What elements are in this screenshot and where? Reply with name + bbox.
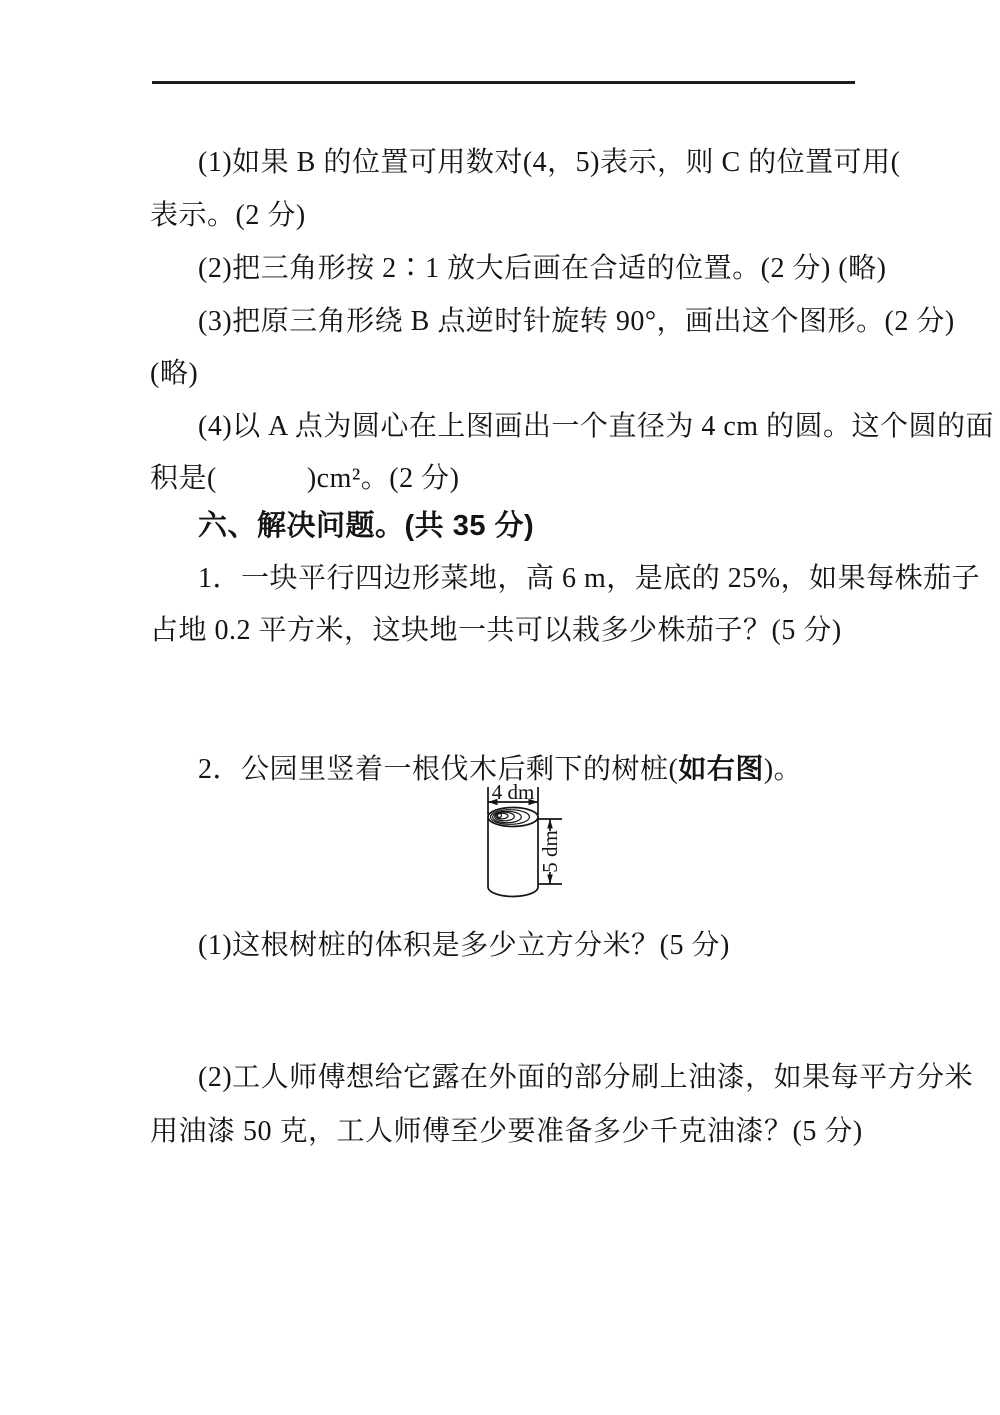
- diameter-label: 4 dm: [492, 780, 535, 804]
- q5-part3-line1: (3)把原三角形绕 B 点逆时针旋转 90°，画出这个图形。(2 分): [198, 305, 955, 339]
- q5-part2-line: (2)把三角形按 2∶1 放大后画在合适的位置。(2 分) (略): [198, 252, 886, 286]
- q5-part3-line2: (略): [150, 357, 198, 391]
- problem2-sub1: (1)这根树桩的体积是多少立方分米？(5 分): [198, 929, 730, 963]
- tree-stump-figure: 4 dm 5 dm: [458, 775, 578, 905]
- problem2-sub2-line2: 用油漆 50 克，工人师傅至少要准备多少千克油漆？(5 分): [150, 1115, 863, 1149]
- q5-part1-line1: (1)如果 B 的位置可用数对(4，5)表示，则 C 的位置可用( ): [198, 146, 1000, 180]
- problem2-intro-suffix: )。: [764, 754, 802, 785]
- q5-part4-line1: (4)以 A 点为圆心在上图画出一个直径为 4 cm 的圆。这个圆的面: [198, 410, 994, 444]
- top-rule-divider: [152, 81, 855, 84]
- problem2-sub2-line1: (2)工人师傅想给它露在外面的部分刷上油漆，如果每平方分米: [198, 1061, 973, 1095]
- section-six-heading: 六、解决问题。(共 35 分): [198, 509, 534, 543]
- problem2-intro-prefix: 2．公园里竖着一根伐木后剩下的树桩(: [198, 754, 678, 785]
- problem1-line1: 1．一块平行四边形菜地，高 6 m，是底的 25%，如果每株茄子: [198, 562, 980, 596]
- problem2-intro-bold: 如右图: [678, 753, 764, 784]
- q5-part4-line2: 积是( )cm²。(2 分): [150, 462, 459, 496]
- worksheet-page: (1)如果 B 的位置可用数对(4，5)表示，则 C 的位置可用( ) 表示。(…: [0, 0, 1000, 1415]
- height-label: 5 dm: [538, 830, 562, 873]
- tree-stump-diagram: 4 dm 5 dm: [458, 775, 578, 905]
- q5-part1-line2: 表示。(2 分): [150, 199, 306, 233]
- problem1-line2: 占地 0.2 平方米，这块地一共可以栽多少株茄子？(5 分): [150, 614, 842, 648]
